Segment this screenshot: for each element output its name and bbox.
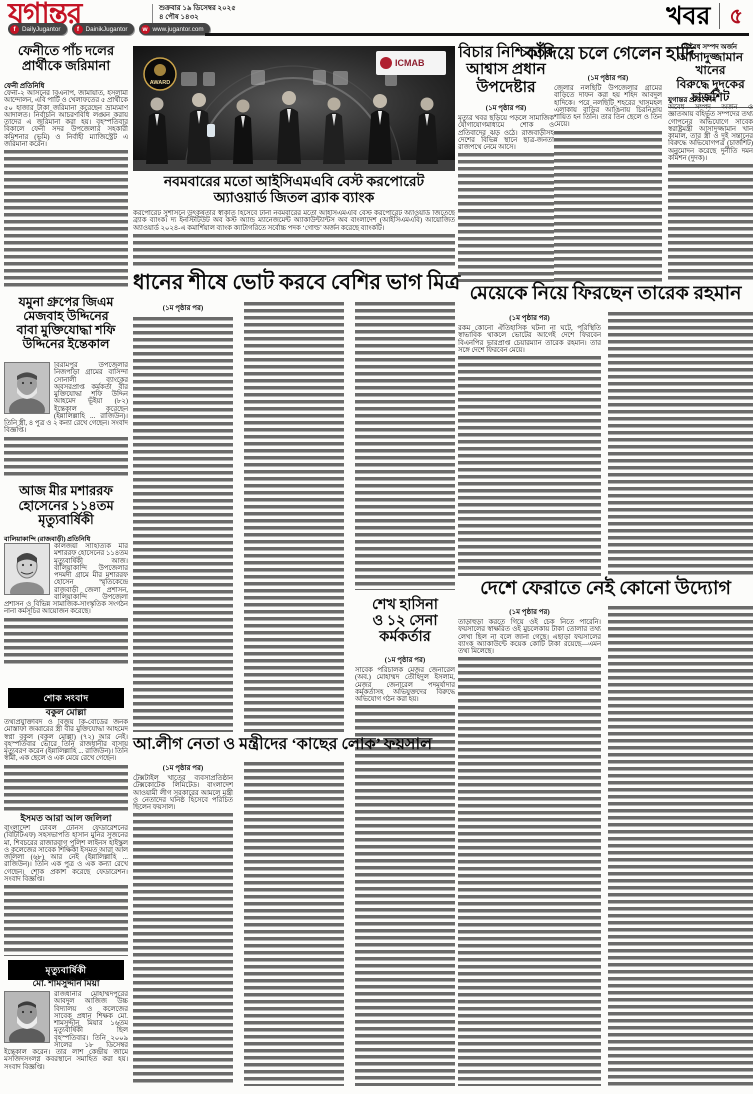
body-lead: মৃত্যুর খবর ছড়িয়ে পড়লে সামাজিক যোগাযো… [458, 115, 554, 151]
date-block: শুক্রবার ১৯ ডিসেম্বর ২০২৫ ৪ পৌষ ১৪৩২ [152, 4, 269, 23]
article-dhaner-col-2[interactable] [244, 300, 344, 732]
body-text [458, 153, 554, 282]
article-tarek-col-2[interactable] [608, 310, 753, 576]
body-text [133, 317, 233, 732]
shafi-uddin-portrait-photo [4, 362, 50, 414]
facebook-icon: f [74, 25, 83, 34]
article-deshe-col-1[interactable]: (১ম পৃষ্ঠার পর) তাড়াহুড়া করতে গিয়ে ওই… [458, 604, 601, 1086]
continuation-note: (১ম পৃষ্ঠার পর) [133, 762, 233, 774]
body-text [608, 312, 753, 576]
article-mir-body[interactable]: কালজয়ী সাহিত্যিক মীর মশাররফ হোসেনের ১১৪… [4, 543, 128, 683]
body-lead: তথ্যপ্রযুক্তিবিদ ও বিজয় কি-বোর্ডের জনক … [4, 719, 128, 763]
body-lead: করপোরেট সুশাসনে উৎকর্ষতার স্বীকৃতি হিসেব… [133, 210, 455, 232]
article-deshe-headline[interactable]: দেশে ফেরাতে নেই কোনো উদ্যোগ [458, 578, 753, 599]
article-brac-body[interactable]: করপোরেট সুশাসনে উৎকর্ষতার স্বীকৃতি হিসেব… [133, 210, 455, 268]
body-lead: রকম কোনো ঐতিহাসিক ঘটনা না ঘটে, পরিস্থিতি… [458, 325, 601, 354]
divider [719, 3, 720, 29]
body-text [4, 885, 128, 956]
article-bichar-body[interactable]: (১ম পৃষ্ঠার পর) মৃত্যুর খবর ছড়িয়ে পড়ল… [458, 100, 554, 282]
social-label: DailyJugantor [22, 26, 61, 33]
body-lead: তাড়াহুড়া করতে গিয়ে ওই চেক নিতে পারেনি… [458, 619, 601, 655]
body-lead: ফেনী-২ আসনের বিএনপি, জামায়াত, ইসলামী আন… [4, 90, 128, 148]
article-sheikh-body[interactable]: (১ম পৃষ্ঠার পর) সাবেক পরিচালক মেজর জেনার… [355, 652, 455, 1086]
body-text [554, 131, 662, 282]
body-text [244, 302, 344, 732]
body-text [244, 762, 344, 1086]
icmab-logo: ICMAB [376, 51, 446, 75]
section-box-mrityubarshiki: মৃত্যুবার্ষিকী [8, 960, 124, 980]
obit-title-bokul: বকুল মোল্লা [4, 708, 128, 717]
social-label: www.jugantor.com [153, 26, 204, 33]
article-faysal-headline[interactable]: আ.লীগ নেতা ও মন্ত্রীদের ‘কাছের লোক’ ফয়স… [133, 736, 378, 754]
mir-mosharraf-portrait-photo [4, 543, 50, 595]
social-link-daily[interactable]: f DailyJugantor [8, 23, 67, 35]
body-text [355, 302, 455, 590]
date-line-2: ৪ পৌষ ১৪৩২ [159, 13, 269, 22]
svg-text:ICMAB: ICMAB [395, 58, 425, 68]
continuation-note: (১ম পৃষ্ঠার পর) [458, 102, 554, 114]
award-ceremony-photo: AWARD ICMAB [133, 46, 455, 171]
social-link-dainik[interactable]: f DainikJugantor [72, 23, 134, 35]
obit-title-ismat: ইসমত আরা আল জলিলা [4, 814, 128, 823]
obit-shamsuddin-body[interactable]: রাজধানীর মোহাম্মদপুরের আবদুল আজিজ উচ্চ ব… [4, 991, 128, 1086]
article-faysal-col-2[interactable] [244, 760, 344, 1086]
body-text [4, 765, 128, 811]
article-jomuna-headline[interactable]: যমুনা গ্রুপের জিএম মেজবাহ উদ্দিনের বাবা … [4, 295, 128, 351]
article-mir-headline[interactable]: আজ মীর মশাররফ হোসেনের ১১৪তম মৃত্যুবার্ষি… [4, 484, 128, 528]
body-text [133, 234, 455, 268]
body-lead: সাবেক পরিচালক মেজর জেনারেল (অব.) মোহাম্ম… [355, 667, 455, 703]
body-text [458, 356, 601, 576]
article-jomuna-body[interactable]: বিরামপুর উপজেলার নিজপাড়া গ্রামের বাসিন্… [4, 362, 128, 480]
body-text [4, 618, 128, 664]
article-hadi-body[interactable]: (১ম পৃষ্ঠার পর) জেলার নলছিটি উপজেলার গ্র… [554, 70, 662, 282]
body-text [4, 437, 128, 477]
social-label: DainikJugantor [86, 26, 128, 33]
shamsuddin-portrait-photo [4, 991, 50, 1043]
body-text [608, 606, 753, 1086]
award-badge: AWARD [144, 58, 176, 90]
article-tarek-headline[interactable]: মেয়েকে নিয়ে ফিরছেন তারেক রহমান [458, 283, 753, 304]
article-dhaner-col-3[interactable] [355, 300, 455, 590]
obit-title-shamsuddin: মো. শামসুদ্দীন মিয়া [4, 979, 128, 988]
article-faysal-col-1[interactable]: (১ম পৃষ্ঠার পর) টেক্সটাইল খাতের ব্যবসাপ্… [133, 760, 233, 1086]
continuation-note: (১ম পৃষ্ঠার পর) [133, 302, 233, 314]
body-lead: টেক্সটাইল খাতের ব্যবসাপ্রতিষ্ঠান টেক্সকো… [133, 775, 233, 811]
social-link-website[interactable]: w www.jugantor.com [139, 23, 210, 35]
body-text [355, 705, 455, 1086]
section-label: খবর [666, 4, 710, 29]
body-lead: বাংলাদেশ টেবিল টেনিস ফেডারেশনের (বিটিটিএ… [4, 825, 128, 883]
article-sheikh-headline[interactable]: শেখ হাসিনা ও ১২ সেনা কর্মকর্তার [355, 597, 455, 646]
article-deshe-col-2[interactable] [608, 604, 753, 1086]
article-charge-body[interactable]: অবৈধ সম্পদ অর্জন ও জ্ঞাতআয় বহির্ভূত সম্… [668, 104, 753, 282]
article-brac-headline[interactable]: নবমবারের মতো আইসিএমএবি বেস্ট করপোরেট অ্য… [133, 175, 455, 206]
body-lead: অবৈধ সম্পদ অর্জন ও জ্ঞাতআয় বহির্ভূত সম্… [668, 104, 753, 162]
continuation-note: (১ম পৃষ্ঠার পর) [355, 654, 455, 666]
newspaper-page: { "masthead": { "logo": "যুগান্তর", "dat… [0, 0, 753, 1094]
body-text [668, 164, 753, 282]
continuation-note: (১ম পৃষ্ঠার পর) [554, 72, 662, 84]
article-dhaner-headline[interactable]: ধানের শীষে ভোট করবে বেশির ভাগ মিত্র [133, 271, 455, 295]
body-text [4, 150, 128, 290]
page-number: ৫ [729, 6, 743, 27]
masthead-rule [205, 33, 749, 36]
section-box-shok-songbad: শোক সংবাদ [8, 688, 124, 708]
obit-ismat-body[interactable]: বাংলাদেশ টেবিল টেনিস ফেডারেশনের (বিটিটিএ… [4, 825, 128, 956]
article-tarek-col-1[interactable]: (১ম পৃষ্ঠার পর) রকম কোনো ঐতিহাসিক ঘটনা ন… [458, 310, 601, 576]
body-text [133, 813, 233, 1086]
svg-text:AWARD: AWARD [150, 80, 171, 86]
social-links: f DailyJugantor f DainikJugantor w www.j… [8, 23, 210, 35]
article-dhaner-col-1[interactable]: (১ম পৃষ্ঠার পর) [133, 300, 233, 732]
body-text [458, 657, 601, 1086]
obit-bokul-body[interactable]: তথ্যপ্রযুক্তিবিদ ও বিজয় কি-বোর্ডের জনক … [4, 719, 128, 811]
continuation-note: (১ম পৃষ্ঠার পর) [458, 312, 601, 324]
section-header: খবর ৫ [666, 3, 743, 29]
article-fenite-headline[interactable]: ফেনীতে পাঁচ দলের প্রার্থীকে জরিমানা [4, 44, 128, 73]
body-lead: জেলার নলছিটি উপজেলার গ্রামের বাড়িতে দাফ… [554, 85, 662, 129]
article-fenite-body[interactable]: ফেনী-২ আসনের বিএনপি, জামায়াত, ইসলামী আন… [4, 90, 128, 290]
globe-icon: w [141, 25, 150, 34]
continuation-note: (১ম পৃষ্ঠার পর) [458, 606, 601, 618]
masthead: যুগান্তর শুক্রবার ১৯ ডিসেম্বর ২০২৫ ৪ পৌষ… [0, 0, 753, 38]
facebook-icon: f [10, 25, 19, 34]
